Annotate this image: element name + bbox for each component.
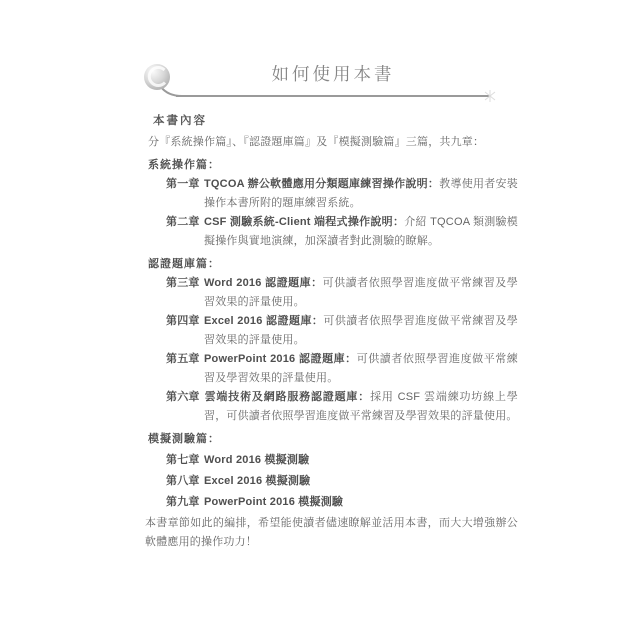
- section-heading-mock-test: 模擬測驗篇：: [148, 430, 518, 449]
- chapter-item-7: 第七章Word 2016 模擬測驗: [204, 451, 518, 470]
- intro-text: 分『系統操作篇』、『認證題庫篇』及『模擬測驗篇』三篇，共九章：: [148, 133, 518, 152]
- chapter-label: 第二章: [166, 213, 204, 232]
- chapter-item-4: 第四章Excel 2016 認證題庫：可供讀者依照學習進度做平常練習及學習效果的…: [204, 312, 518, 350]
- chapter-title: PowerPoint 2016 認證題庫：: [204, 353, 357, 365]
- chapter-title: TQCOA 辦公軟體應用分類題庫練習操作說明：: [204, 178, 439, 190]
- chapter-label: 第一章: [166, 175, 204, 194]
- chapter-title: Word 2016 認證題庫：: [204, 277, 323, 289]
- chapter-label: 第五章: [166, 350, 204, 369]
- intro-heading: 本書內容: [153, 112, 518, 131]
- page-title: 如何使用本書: [174, 61, 492, 86]
- chapter-item-8: 第八章Excel 2016 模擬測驗: [204, 472, 518, 491]
- chapter-label: 第四章: [166, 312, 204, 331]
- book-page: 如何使用本書 本書內容 分『系統操作篇』、『認證題庫篇』及『模擬測驗篇』三篇，共…: [0, 0, 640, 640]
- chapter-label: 第九章: [166, 493, 204, 512]
- chapter-item-9: 第九章PowerPoint 2016 模擬測驗: [204, 493, 518, 512]
- chapter-item-6: 第六章雲端技術及網路服務認證題庫：採用 CSF 雲端練功坊線上學習，可供讀者依照…: [204, 388, 518, 426]
- chapter-label: 第七章: [166, 451, 204, 470]
- chapter-title: CSF 測驗系統-Client 端程式操作說明：: [204, 216, 404, 228]
- closing-paragraph: 本書章節如此的編排，希望能使讀者儘速瞭解並活用本書，而大大增強辦公軟體應用的操作…: [145, 514, 518, 552]
- chapter-title: 雲端技術及網路服務認證題庫：: [204, 391, 370, 403]
- chapter-item-2: 第二章CSF 測驗系統-Client 端程式操作說明：介紹 TQCOA 類測驗模…: [204, 213, 518, 251]
- chapter-label: 第八章: [166, 472, 204, 491]
- swoosh-tail-icon: [161, 87, 182, 96]
- chapter-item-1: 第一章TQCOA 辦公軟體應用分類題庫練習操作說明：教導使用者安裝操作本書所附的…: [204, 175, 518, 213]
- page-header: 如何使用本書: [140, 56, 496, 106]
- chapter-title: Excel 2016 認證題庫：: [204, 315, 323, 327]
- section-heading-system-operation: 系統操作篇：: [148, 156, 518, 175]
- chapter-item-5: 第五章PowerPoint 2016 認證題庫：可供讀者依照學習進度做平常練習及…: [204, 350, 518, 388]
- content-area: 本書內容 分『系統操作篇』、『認證題庫篇』及『模擬測驗篇』三篇，共九章： 系統操…: [148, 112, 518, 552]
- chapter-title: Excel 2016 模擬測驗: [204, 475, 310, 487]
- chapter-label: 第三章: [166, 274, 204, 293]
- chapter-title: PowerPoint 2016 模擬測驗: [204, 496, 343, 508]
- section-heading-certification-bank: 認證題庫篇：: [148, 255, 518, 274]
- chapter-label: 第六章: [166, 388, 204, 407]
- chapter-item-3: 第三章Word 2016 認證題庫：可供讀者依照學習進度做平常練習及學習效果的評…: [204, 274, 518, 312]
- chapter-title: Word 2016 模擬測驗: [204, 454, 309, 466]
